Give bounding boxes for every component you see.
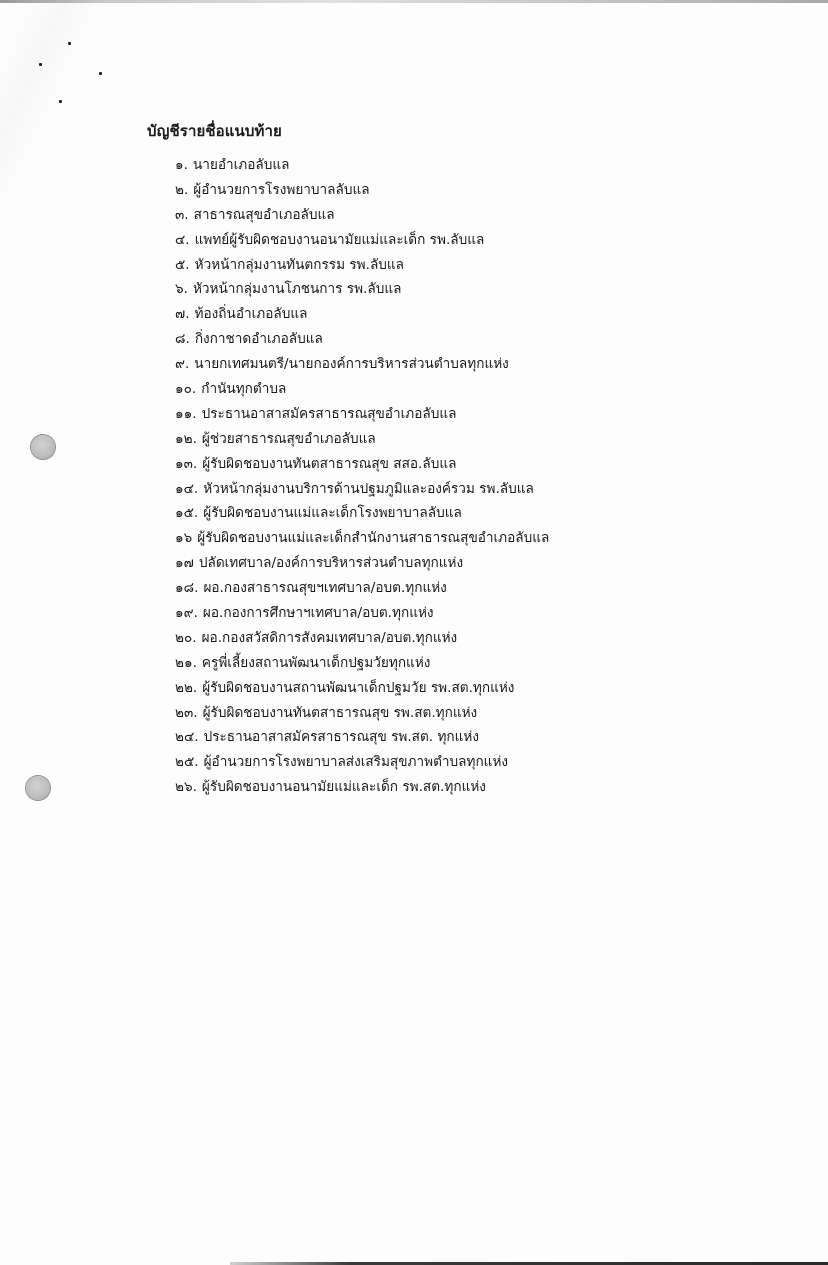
item-number: ๖. bbox=[175, 281, 188, 297]
list-item: ๑๒.ผู้ช่วยสาธารณสุขอำเภอลับแล bbox=[175, 429, 549, 454]
item-text: แพทย์ผู้รับผิดชอบงานอนามัยแม่และเด็ก รพ.… bbox=[195, 232, 485, 248]
list-item: ๑๑.ประธานอาสาสมัครสาธารณสุขอำเภอลับแล bbox=[175, 404, 549, 429]
list-item: ๒๔.ประธานอาสาสมัครสาธารณสุข รพ.สต. ทุกแห… bbox=[175, 727, 549, 752]
item-number: ๙. bbox=[175, 356, 189, 372]
item-number: ๑๐. bbox=[175, 381, 196, 397]
list-item: ๙.นายกเทศมนตรี/นายกองค์การบริหารส่วนตำบล… bbox=[175, 354, 549, 379]
list-item: ๑๗ปลัดเทศบาล/องค์การบริหารส่วนตำบลทุกแห่… bbox=[175, 553, 549, 578]
item-number: ๑๙. bbox=[175, 605, 198, 621]
item-text: นายกเทศมนตรี/นายกองค์การบริหารส่วนตำบลทุ… bbox=[194, 356, 509, 372]
list-item: ๑๙.ผอ.กองการศึกษาฯเทศบาล/อบต.ทุกแห่ง bbox=[175, 603, 549, 628]
scan-speck bbox=[68, 42, 71, 45]
item-text: ผู้อำนวยการโรงพยาบาลลับแล bbox=[193, 182, 369, 198]
item-text: ประธานอาสาสมัครสาธารณสุข รพ.สต. ทุกแห่ง bbox=[204, 729, 479, 745]
list-item: ๒.ผู้อำนวยการโรงพยาบาลลับแล bbox=[175, 180, 549, 205]
document-title: บัญชีรายชื่อแนบท้าย bbox=[147, 119, 282, 143]
item-number: ๑๓. bbox=[175, 456, 197, 472]
list-item: ๒๖.ผู้รับผิดชอบงานอนามัยแม่และเด็ก รพ.สต… bbox=[175, 777, 549, 802]
scan-speck bbox=[39, 63, 42, 66]
item-number: ๒๖. bbox=[175, 779, 197, 795]
item-text: ผู้รับผิดชอบงานแม่และเด็กโรงพยาบาลลับแล bbox=[203, 505, 462, 521]
item-text: ผู้รับผิดชอบงานแม่และเด็กสำนักงานสาธารณส… bbox=[197, 530, 549, 546]
paper-fold-shadow bbox=[0, 0, 140, 220]
list-item: ๒๑.ครูพี่เลี้ยงสถานพัฒนาเด็กปฐมวัยทุกแห่… bbox=[175, 653, 549, 678]
list-item: ๒๒.ผู้รับผิดชอบงานสถานพัฒนาเด็กปฐมวัย รพ… bbox=[175, 678, 549, 703]
list-item: ๘.กิ่งกาชาดอำเภอลับแล bbox=[175, 329, 549, 354]
item-text: กิ่งกาชาดอำเภอลับแล bbox=[195, 331, 323, 347]
item-text: ครูพี่เลี้ยงสถานพัฒนาเด็กปฐมวัยทุกแห่ง bbox=[202, 655, 431, 671]
item-text: ท้องถิ่นอำเภอลับแล bbox=[195, 306, 308, 322]
list-item: ๑๓.ผู้รับผิดชอบงานทันตสาธารณสุข สสอ.ลับแ… bbox=[175, 454, 549, 479]
list-item: ๗.ท้องถิ่นอำเภอลับแล bbox=[175, 304, 549, 329]
list-item: ๖.หัวหน้ากลุ่มงานโภชนการ รพ.ลับแล bbox=[175, 279, 549, 304]
item-number: ๑๑. bbox=[175, 406, 197, 422]
item-number: ๒๐. bbox=[175, 630, 197, 646]
item-text: ผู้อำนวยการโรงพยาบาลส่งเสริมสุขภาพตำบลทุ… bbox=[204, 754, 508, 770]
item-number: ๗. bbox=[175, 306, 190, 322]
list-item: ๔.แพทย์ผู้รับผิดชอบงานอนามัยแม่และเด็ก ร… bbox=[175, 230, 549, 255]
item-number: ๔. bbox=[175, 232, 190, 248]
scan-top-edge bbox=[0, 0, 828, 3]
item-text: สาธารณสุขอำเภอลับแล bbox=[194, 207, 335, 223]
scan-speck bbox=[59, 100, 62, 103]
item-text: ผอ.กองสวัสดิการสังคมเทศบาล/อบต.ทุกแห่ง bbox=[202, 630, 458, 646]
list-item: ๕.หัวหน้ากลุ่มงานทันตกรรม รพ.ลับแล bbox=[175, 255, 549, 280]
item-text: ผอ.กองการศึกษาฯเทศบาล/อบต.ทุกแห่ง bbox=[203, 605, 434, 621]
recipient-list: ๑.นายอำเภอลับแล๒.ผู้อำนวยการโรงพยาบาลลับ… bbox=[175, 155, 549, 802]
item-number: ๑๘. bbox=[175, 580, 198, 596]
punch-hole bbox=[31, 435, 55, 459]
item-number: ๒. bbox=[175, 182, 188, 198]
list-item: ๑๔.หัวหน้ากลุ่มงานบริการด้านปฐมภูมิและอง… bbox=[175, 479, 549, 504]
item-number: ๘. bbox=[175, 331, 190, 347]
item-text: ผู้รับผิดชอบงานทันตสาธารณสุข รพ.สต.ทุกแห… bbox=[203, 705, 478, 721]
item-number: ๒๑. bbox=[175, 655, 197, 671]
item-number: ๑. bbox=[175, 157, 188, 173]
item-number: ๓. bbox=[175, 207, 189, 223]
item-text: ผอ.กองสาธารณสุขฯเทศบาล/อบต.ทุกแห่ง bbox=[203, 580, 446, 596]
list-item: ๒๕.ผู้อำนวยการโรงพยาบาลส่งเสริมสุขภาพตำบ… bbox=[175, 752, 549, 777]
list-item: ๒๐.ผอ.กองสวัสดิการสังคมเทศบาล/อบต.ทุกแห่… bbox=[175, 628, 549, 653]
item-text: หัวหน้ากลุ่มงานทันตกรรม รพ.ลับแล bbox=[195, 257, 404, 273]
item-number: ๑๕. bbox=[175, 505, 198, 521]
item-text: ผู้รับผิดชอบงานทันตสาธารณสุข สสอ.ลับแล bbox=[202, 456, 456, 472]
scan-speck bbox=[99, 72, 102, 75]
item-text: นายอำเภอลับแล bbox=[193, 157, 290, 173]
item-number: ๑๔. bbox=[175, 481, 198, 497]
item-number: ๒๔. bbox=[175, 729, 199, 745]
list-item: ๑.นายอำเภอลับแล bbox=[175, 155, 549, 180]
item-text: ผู้รับผิดชอบงานอนามัยแม่และเด็ก รพ.สต.ทุ… bbox=[202, 779, 486, 795]
list-item: ๒๓.ผู้รับผิดชอบงานทันตสาธารณสุข รพ.สต.ทุ… bbox=[175, 703, 549, 728]
item-text: หัวหน้ากลุ่มงานโภชนการ รพ.ลับแล bbox=[193, 281, 401, 297]
item-text: ประธานอาสาสมัครสาธารณสุขอำเภอลับแล bbox=[202, 406, 457, 422]
item-number: ๕. bbox=[175, 257, 190, 273]
item-number: ๑๖ bbox=[175, 530, 192, 546]
list-item: ๓.สาธารณสุขอำเภอลับแล bbox=[175, 205, 549, 230]
list-item: ๑๖ผู้รับผิดชอบงานแม่และเด็กสำนักงานสาธาร… bbox=[175, 528, 549, 553]
item-number: ๒๕. bbox=[175, 754, 199, 770]
item-text: ปลัดเทศบาล/องค์การบริหารส่วนตำบลทุกแห่ง bbox=[199, 555, 463, 571]
item-text: ผู้ช่วยสาธารณสุขอำเภอลับแล bbox=[202, 431, 376, 447]
item-text: กำนันทุกตำบล bbox=[201, 381, 286, 397]
item-number: ๑๗ bbox=[175, 555, 194, 571]
item-number: ๒๓. bbox=[175, 705, 198, 721]
item-number: ๑๒. bbox=[175, 431, 197, 447]
punch-hole bbox=[26, 776, 50, 800]
item-text: หัวหน้ากลุ่มงานบริการด้านปฐมภูมิและองค์ร… bbox=[203, 481, 534, 497]
item-text: ผู้รับผิดชอบงานสถานพัฒนาเด็กปฐมวัย รพ.สต… bbox=[202, 680, 514, 696]
list-item: ๑๐.กำนันทุกตำบล bbox=[175, 379, 549, 404]
list-item: ๑๘.ผอ.กองสาธารณสุขฯเทศบาล/อบต.ทุกแห่ง bbox=[175, 578, 549, 603]
list-item: ๑๕.ผู้รับผิดชอบงานแม่และเด็กโรงพยาบาลลับ… bbox=[175, 503, 549, 528]
item-number: ๒๒. bbox=[175, 680, 197, 696]
